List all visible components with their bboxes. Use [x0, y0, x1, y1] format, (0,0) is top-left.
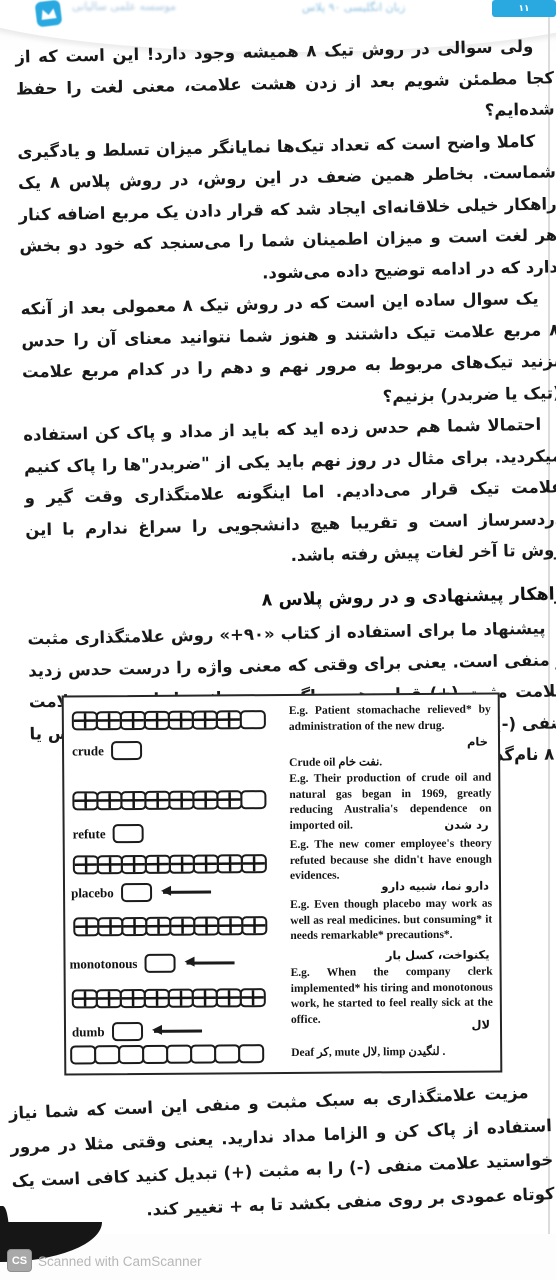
paragraph-6: مزیت علامتگذاری به سبک مثبت و منفی این ا… — [8, 1075, 555, 1233]
page-number-badge: ۱۱ — [492, 0, 556, 17]
gloss-fa: لال — [471, 1018, 490, 1032]
ticked-box — [97, 917, 123, 936]
ticked-box — [72, 989, 98, 1008]
empty-box — [238, 1044, 264, 1063]
tick-row — [75, 916, 267, 936]
header-book-title: زبان انگلیسی ۹۰ پلاس — [302, 1, 452, 14]
ticked-box — [96, 791, 122, 810]
camscanner-watermark: Scanned with CamScanner — [38, 1254, 202, 1269]
ticked-box — [192, 790, 218, 809]
empty-box — [118, 1045, 144, 1064]
ticked-box — [169, 917, 195, 936]
ticked-box — [120, 711, 146, 730]
ticked-box — [217, 916, 243, 935]
collocation: Crude oil نفت خام. — [289, 754, 495, 769]
ticked-box — [73, 855, 99, 874]
confidence-box — [144, 954, 175, 973]
word-label: placebo — [71, 885, 114, 901]
confidence-box — [113, 824, 144, 843]
ticked-box — [216, 988, 242, 1007]
ticked-box — [169, 855, 195, 874]
ticked-box — [241, 854, 267, 873]
empty-box — [166, 1045, 192, 1064]
confidence-box — [111, 1022, 142, 1041]
ticked-box — [240, 988, 266, 1007]
confidence-box — [121, 883, 152, 902]
word-label: crude — [72, 743, 104, 759]
header-left-text: موسسه علمی سالیانی — [72, 0, 242, 13]
left-arrow-icon — [163, 891, 211, 894]
ticked-box — [192, 710, 218, 729]
empty-box — [94, 1045, 120, 1064]
ticked-box — [192, 988, 218, 1007]
word-row-refute: refute — [73, 824, 144, 843]
ticked-box — [145, 855, 171, 874]
ticked-box — [216, 710, 242, 729]
scanned-page: موسسه علمی سالیانی زبان انگلیسی ۹۰ پلاس … — [0, 0, 556, 1280]
ticked-box — [120, 791, 146, 810]
paragraph-2: کاملا واضح است که تعداد تیک‌ها نمایانگر … — [17, 125, 556, 294]
ticked-box — [168, 989, 194, 1008]
word-row-dumb: dumb — [72, 1022, 202, 1042]
ticked-box — [144, 791, 170, 810]
camscanner-logo-icon: CS — [7, 1249, 32, 1272]
empty-box — [240, 790, 266, 809]
ticked-box — [216, 790, 242, 809]
ticked-box — [73, 917, 99, 936]
example-sentence: E.g. Patient stomachache relieved* by ad… — [289, 703, 491, 735]
word-label: monotonous — [69, 956, 137, 972]
ticked-box — [121, 917, 147, 936]
empty-box — [214, 1044, 240, 1063]
ticked-box — [168, 711, 194, 730]
paragraph-4: احتمالا شما هم حدس زده اید که باید از مد… — [23, 408, 556, 577]
ticked-box — [72, 791, 98, 810]
empty-box — [190, 1044, 216, 1063]
ticked-box — [72, 711, 98, 730]
tick-row — [74, 790, 266, 810]
example-sentence: E.g. When the company clerk implemented*… — [291, 965, 493, 1028]
tick-row — [74, 710, 266, 730]
gloss-fa: یکنواخت، کسل بار — [386, 948, 490, 963]
ticked-box — [144, 711, 170, 730]
paragraph-1: ولی سوالی در روش تیک ۸ همیشه وجود دارد! … — [15, 30, 555, 136]
left-arrow-icon — [154, 1030, 202, 1033]
example-sentence: E.g. The new comer employee's theory ref… — [290, 837, 492, 885]
tick-row — [75, 854, 267, 874]
ticked-box — [168, 791, 194, 810]
ticked-box — [121, 855, 147, 874]
ticked-box — [241, 916, 267, 935]
left-arrow-icon — [186, 962, 234, 965]
ticked-box — [193, 854, 219, 873]
empty-box — [142, 1045, 168, 1064]
tick-row — [74, 988, 266, 1008]
ticked-box — [193, 916, 219, 935]
body-text: ولی سوالی در روش تیک ۸ همیشه وجود دارد! … — [15, 30, 556, 781]
ticked-box — [96, 711, 122, 730]
ticked-box — [97, 855, 123, 874]
gloss-fa: دارو نما، شبیه دارو — [381, 879, 489, 894]
word-row-monotonous: monotonous — [69, 953, 234, 973]
word-label: dumb — [72, 1024, 105, 1040]
crown-icon — [39, 6, 57, 21]
ticked-box — [120, 989, 146, 1008]
publisher-logo-icon — [35, 0, 63, 27]
ticked-box — [144, 989, 170, 1008]
word-label: refute — [73, 826, 106, 842]
tick-row — [72, 1044, 264, 1064]
ticked-box — [145, 917, 171, 936]
empty-box — [70, 1045, 96, 1064]
vocab-figure: E.g. Patient stomachache relieved* by ad… — [62, 692, 503, 1075]
confidence-box — [111, 741, 142, 760]
word-row-crude: crude — [72, 741, 142, 760]
word-row-placebo: placebo — [71, 882, 211, 902]
gloss-fa: خام — [467, 735, 488, 749]
empty-box — [240, 710, 266, 729]
paragraph-3: یک سوال ساده این است که در روش تیک ۸ معم… — [20, 282, 556, 419]
ticked-box — [217, 854, 243, 873]
ticked-box — [96, 989, 122, 1008]
gloss-fa: رد شدن — [444, 818, 488, 832]
related-words: Deaf کر, mute لال, limp لنگیدن . — [291, 1044, 497, 1059]
example-sentence: E.g. Even though placebo may work as wel… — [290, 897, 492, 945]
